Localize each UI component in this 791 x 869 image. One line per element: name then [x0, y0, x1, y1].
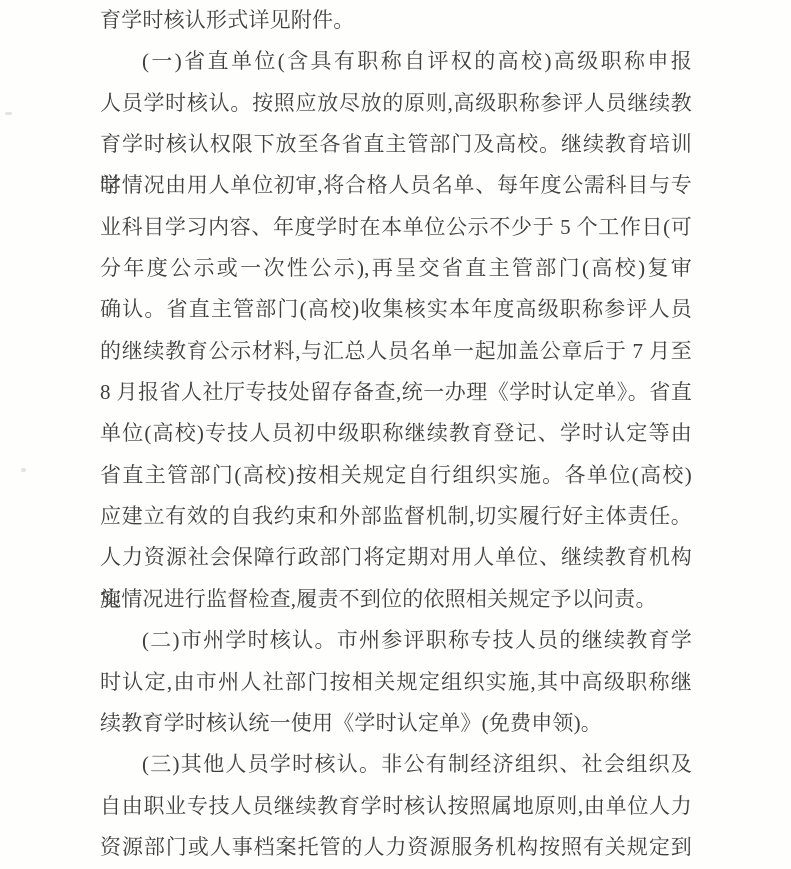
text-line: 续教育学时核认统一使用《学时认定单》(免费申领)。: [100, 703, 692, 744]
paragraph-item-3: (三)其他人员学时核认。非公有制经济组织、社会组织及 自由职业专技人员继续教育学…: [100, 744, 692, 868]
text-line: (三)其他人员学时核认。非公有制经济组织、社会组织及: [100, 744, 692, 785]
text-line: 施情况进行监督检查,履责不到位的依照相关规定予以问责。: [100, 579, 692, 620]
scan-artifact: [5, 112, 12, 115]
text-line: 时情况由用人单位初审,将合格人员名单、每年度公需科目与专: [100, 165, 692, 206]
scan-artifact: [21, 468, 26, 472]
text-line: 自由职业专技人员继续教育学时核认按照属地原则,由单位人力: [100, 786, 692, 827]
paragraph-item-2: (二)市州学时核认。市州参评职称专技人员的继续教育学 时认定,由市州人社部门按相…: [100, 620, 692, 744]
text-line: 育学时核认形式详见附件。: [100, 0, 692, 41]
text-line: 育学时核认权限下放至各省直主管部门及高校。继续教育培训学: [100, 124, 692, 165]
text-line: 人员学时核认。按照应放尽放的原则,高级职称参评人员继续教: [100, 83, 692, 124]
text-line: 分年度公示或一次性公示),再呈交省直主管部门(高校)复审: [100, 248, 692, 289]
text-line: 单位(高校)专技人员初中级职称继续教育登记、学时认定等由: [100, 413, 692, 454]
text-line: 的继续教育公示材料,与汇总人员名单一起加盖公章后于 7 月至: [100, 331, 692, 372]
document-page: 育学时核认形式详见附件。 (一)省直单位(含具有职称自评权的高校)高级职称申报 …: [0, 0, 791, 869]
text-line: 确认。省直主管部门(高校)收集核实本年度高级职称参评人员: [100, 289, 692, 330]
text-line: (一)省直单位(含具有职称自评权的高校)高级职称申报: [100, 41, 692, 82]
text-line: 人力资源社会保障行政部门将定期对用人单位、继续教育机构实: [100, 537, 692, 578]
paragraph-continuation: 育学时核认形式详见附件。: [100, 0, 692, 41]
paragraph-item-1: (一)省直单位(含具有职称自评权的高校)高级职称申报 人员学时核认。按照应放尽放…: [100, 41, 692, 620]
text-line: (二)市州学时核认。市州参评职称专技人员的继续教育学: [100, 620, 692, 661]
text-line: 业科目学习内容、年度学时在本单位公示不少于 5 个工作日(可: [100, 207, 692, 248]
text-block: 育学时核认形式详见附件。 (一)省直单位(含具有职称自评权的高校)高级职称申报 …: [100, 0, 692, 868]
text-line: 时认定,由市州人社部门按相关规定组织实施,其中高级职称继: [100, 662, 692, 703]
text-line: 8 月报省人社厅专技处留存备查,统一办理《学时认定单》。省直: [100, 372, 692, 413]
text-line: 应建立有效的自我约束和外部监督机制,切实履行好主体责任。: [100, 496, 692, 537]
text-line: 省直主管部门(高校)按相关规定自行组织实施。各单位(高校): [100, 455, 692, 496]
text-line: 资源部门或人事档案托管的人力资源服务机构按照有关规定到: [100, 827, 692, 868]
